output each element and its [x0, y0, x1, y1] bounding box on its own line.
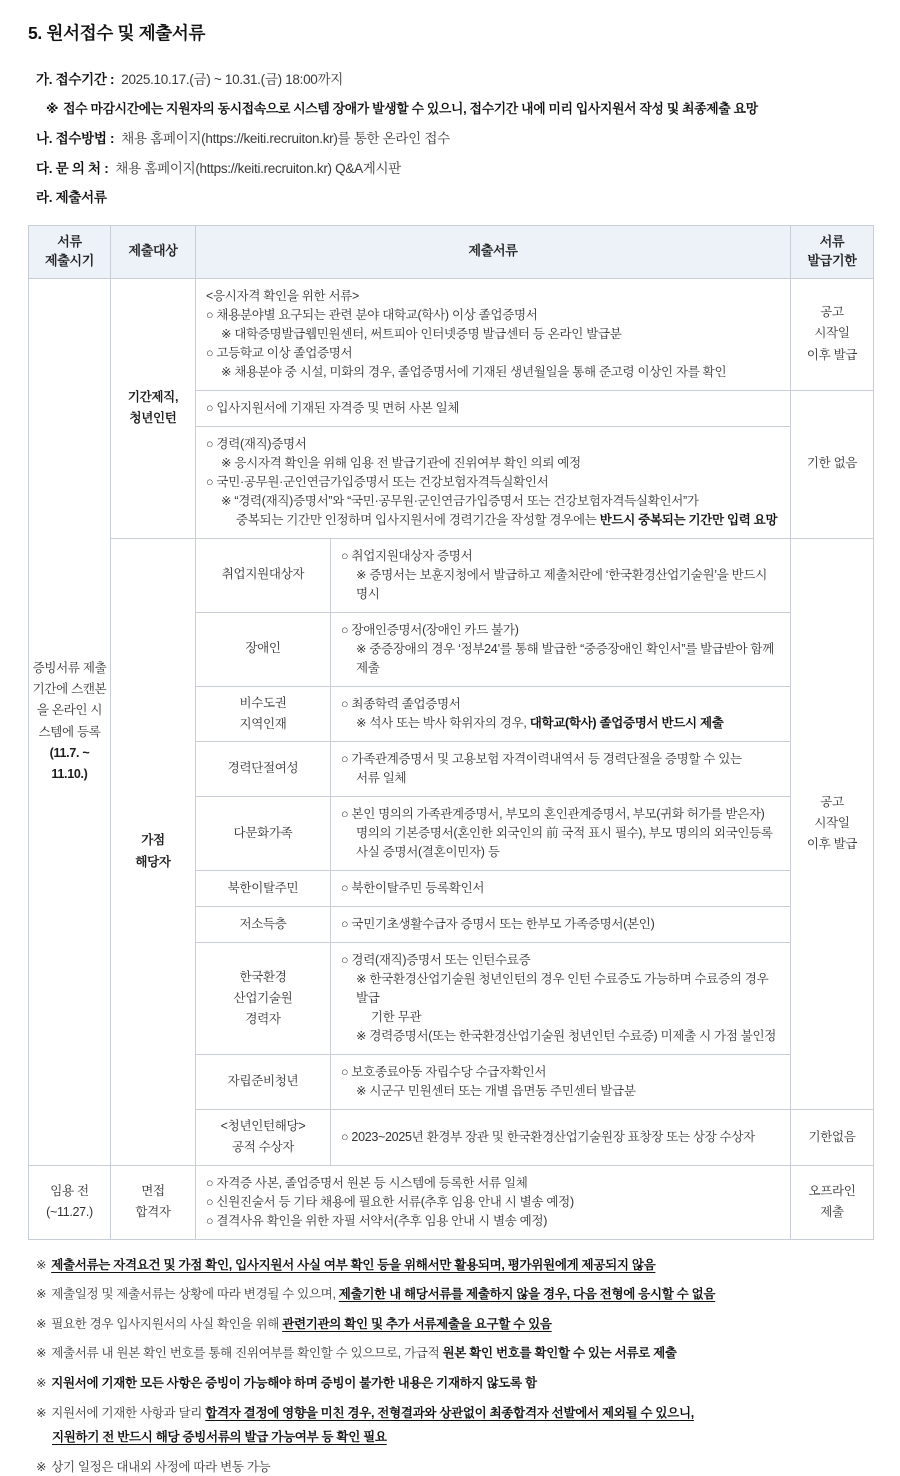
submit-period-text: 증빙서류 제출기간에 스캔본을 온라인 시스템에 등록 [33, 661, 107, 739]
cell-documents: ○ 경력(재직)증명서※ 응시자격 확인을 위해 임용 전 발급기관에 진위여부… [196, 426, 791, 538]
doc-line: ○ 입사지원서에 기재된 자격증 및 면허 사본 일체 [206, 399, 780, 418]
cell-subtarget: 한국환경 산업기술원 경력자 [196, 943, 331, 1055]
doc-line: ※ 응시자격 확인을 위해 임용 전 발급기관에 진위여부 확인 의뢰 예정 [206, 454, 780, 473]
doc-line: ※ 대학증명발급웹민원센터, 써트피아 인터넷증명 발급센터 등 온라인 발급분 [206, 325, 780, 344]
intro-text: 접수 마감시간에는 지원자의 동시접속으로 시스템 장애가 발생할 수 있으니,… [63, 101, 758, 116]
cell-documents: ○ 북한이탈주민 등록확인서 [331, 871, 791, 907]
cell-subtarget: 장애인 [196, 612, 331, 686]
footnote-text: 지원서에 기재한 사항과 달리 [51, 1406, 205, 1420]
cell-submit-period: 증빙서류 제출기간에 스캔본을 온라인 시스템에 등록 (11.7. ~ 11.… [29, 278, 111, 1165]
cell-documents: <응시자격 확인을 위한 서류>○ 채용분야별 요구되는 관련 분야 대학교(학… [196, 278, 791, 390]
note-marker: ※ [36, 1406, 46, 1420]
doc-line: ※ 석사 또는 박사 학위자의 경우, 대학교(학사) 졸업증명서 반드시 제출 [341, 714, 780, 733]
note-marker: ※ [36, 1460, 46, 1474]
intro-item-contact: 다. 문 의 처 :채용 홈페이지(https://keiti.recruito… [36, 160, 873, 178]
doc-line: ○ 경력(재직)증명서 또는 인턴수료증 [341, 951, 780, 970]
page-title: 5. 원서접수 및 제출서류 [28, 20, 873, 45]
note-marker: ※ [46, 101, 58, 116]
doc-line: ○ 국민기초생활수급자 증명서 또는 한부모 가족증명서(본인) [341, 915, 780, 934]
footnote-text: 제출서류 내 원본 확인 번호를 통해 진위여부를 확인할 수 있으므로, 가급… [51, 1346, 442, 1360]
cell-subtarget: 저소득층 [196, 907, 331, 943]
footnote-text: 관련기관의 확인 및 추가 서류제출을 요구할 수 있음 [282, 1317, 552, 1331]
intro-item-reception-period: 가. 접수기간 :2025.10.17.(금) ~ 10.31.(금) 18:0… [36, 71, 873, 89]
intro-label: 다. 문 의 처 : [36, 161, 108, 176]
intro-text: 2025.10.17.(금) ~ 10.31.(금) 18:00까지 [121, 72, 343, 87]
note-marker: ※ [36, 1317, 46, 1331]
submit-period-dates: (11.7. ~ 11.10.) [32, 743, 107, 786]
intro-note-deadline-warning: ※접수 마감시간에는 지원자의 동시접속으로 시스템 장애가 발생할 수 있으니… [46, 101, 873, 118]
cell-documents: ○ 장애인증명서(장애인 카드 불가)※ 중증장애의 경우 ‘정부24’를 통해… [331, 612, 791, 686]
cell-documents: ○ 본인 명의의 가족관계증명서, 부모의 혼인관계증명서, 부모(귀화 허가를… [331, 797, 791, 871]
cell-deadline: 기한 없음 [791, 390, 874, 538]
footnote: 지원하기 전 반드시 해당 증빙서류의 발급 가능여부 등 확인 필요 [36, 1428, 873, 1446]
intro-item-documents: 라. 제출서류 [36, 189, 873, 207]
footnote-text: 상기 일정은 대내외 사정에 따라 변동 가능 [51, 1460, 270, 1474]
cell-documents: ○ 최종학력 졸업증명서※ 석사 또는 박사 학위자의 경우, 대학교(학사) … [331, 686, 791, 742]
note-marker: ※ [36, 1376, 46, 1390]
cell-target-interview: 면접 합격자 [111, 1165, 196, 1239]
cell-subtarget: 자립준비청년 [196, 1055, 331, 1110]
footnote: ※제출서류는 자격요건 및 가점 확인, 입사지원서 사실 여부 확인 등을 위… [36, 1256, 873, 1274]
cell-deadline: 공고 시작일 이후 발급 [791, 278, 874, 390]
doc-line: 명의의 기본증명서(혼인한 외국인의 前 국적 표시 필수), 부모 명의의 외… [341, 824, 780, 843]
footnote: ※필요한 경우 입사지원서의 사실 확인을 위해 관련기관의 확인 및 추가 서… [36, 1315, 873, 1333]
doc-line: ※ 채용분야 중 시설, 미화의 경우, 졸업증명서에 기재된 생년월일을 통해… [206, 363, 780, 382]
table-row: 임용 전 (~11.27.) 면접 합격자 ○ 자격증 사본, 졸업증명서 원본… [29, 1165, 874, 1239]
header-issue-deadline: 서류 발급기한 [791, 225, 874, 278]
intro-label: 가. 접수기간 : [36, 72, 114, 87]
doc-line: ※ 시군구 민원센터 또는 개별 읍면동 주민센터 발급분 [341, 1082, 780, 1101]
doc-line: ○ 신원진술서 등 기타 채용에 필요한 서류(추후 임용 안내 시 별송 예정… [206, 1193, 780, 1212]
submission-documents-table: 서류 제출시기 제출대상 제출서류 서류 발급기한 증빙서류 제출기간에 스캔본… [28, 225, 874, 1240]
footnote: ※제출서류 내 원본 확인 번호를 통해 진위여부를 확인할 수 있으므로, 가… [36, 1344, 873, 1362]
intro-section: 가. 접수기간 :2025.10.17.(금) ~ 10.31.(금) 18:0… [28, 71, 873, 207]
intro-label: 나. 접수방법 : [36, 131, 114, 146]
footnote-text: 지원하기 전 반드시 해당 증빙서류의 발급 가능여부 등 확인 필요 [52, 1430, 387, 1444]
doc-line: ○ 본인 명의의 가족관계증명서, 부모의 혼인관계증명서, 부모(귀화 허가를… [341, 805, 780, 824]
cell-documents: ○ 입사지원서에 기재된 자격증 및 면허 사본 일체 [196, 390, 791, 426]
doc-line: ○ 경력(재직)증명서 [206, 435, 780, 454]
footnote: ※상기 일정은 대내외 사정에 따라 변동 가능 [36, 1458, 873, 1476]
table-row: 가점 해당자 취업지원대상자 ○ 취업지원대상자 증명서※ 증명서는 보훈지청에… [29, 538, 874, 612]
footnote: ※지원서에 기재한 모든 사항은 증빙이 가능해야 하며 증빙이 불가한 내용은… [36, 1374, 873, 1392]
note-marker: ※ [36, 1258, 46, 1272]
cell-documents: ○ 가족관계증명서 및 고용보험 자격이력내역서 등 경력단절을 증명할 수 있… [331, 742, 791, 797]
doc-line: ○ 가족관계증명서 및 고용보험 자격이력내역서 등 경력단절을 증명할 수 있… [341, 750, 780, 769]
table-row: 증빙서류 제출기간에 스캔본을 온라인 시스템에 등록 (11.7. ~ 11.… [29, 278, 874, 390]
intro-label: 라. 제출서류 [36, 190, 107, 205]
doc-line: 중복되는 기간만 인정하며 입사지원서에 경력기간을 작성할 경우에는 반드시 … [206, 511, 780, 530]
footnote-text: 합격자 결정에 영향을 미친 경우, 전형결과와 상관없이 최종합격자 선발에서… [205, 1406, 694, 1420]
cell-subtarget: <청년인턴해당> 공적 수상자 [196, 1110, 331, 1166]
header-documents: 제출서류 [196, 225, 791, 278]
cell-subtarget: 북한이탈주민 [196, 871, 331, 907]
doc-line: ○ 2023~2025년 환경부 장관 및 한국환경산업기술원장 표창장 또는 … [341, 1128, 780, 1147]
cell-subtarget: 다문화가족 [196, 797, 331, 871]
doc-line: 서류 일체 [341, 769, 780, 788]
cell-deadline: 오프라인 제출 [791, 1165, 874, 1239]
note-marker: ※ [36, 1287, 46, 1301]
cell-target-bonus: 가점 해당자 [111, 538, 196, 1165]
footnote-text: 제출일정 및 제출서류는 상황에 따라 변경될 수 있으며, [51, 1287, 339, 1301]
table-header-row: 서류 제출시기 제출대상 제출서류 서류 발급기한 [29, 225, 874, 278]
cell-submit-period-final: 임용 전 (~11.27.) [29, 1165, 111, 1239]
cell-documents: ○ 국민기초생활수급자 증명서 또는 한부모 가족증명서(본인) [331, 907, 791, 943]
cell-subtarget: 비수도권 지역인재 [196, 686, 331, 742]
doc-line: ○ 국민·공무원·군인연금가입증명서 또는 건강보험자격득실확인서 [206, 473, 780, 492]
footnote: ※제출일정 및 제출서류는 상황에 따라 변경될 수 있으며, 제출기한 내 해… [36, 1285, 873, 1303]
header-submit-time: 서류 제출시기 [29, 225, 111, 278]
footnotes-section: ※제출서류는 자격요건 및 가점 확인, 입사지원서 사실 여부 확인 등을 위… [36, 1256, 873, 1476]
doc-line: ○ 채용분야별 요구되는 관련 분야 대학교(학사) 이상 졸업증명서 [206, 306, 780, 325]
cell-subtarget: 취업지원대상자 [196, 538, 331, 612]
note-marker: ※ [36, 1346, 46, 1360]
doc-line: ※ 증명서는 보훈지청에서 발급하고 제출처란에 ‘한국환경산업기술원’을 반드… [341, 566, 780, 604]
header-target: 제출대상 [111, 225, 196, 278]
doc-line: ※ 중증장애의 경우 ‘정부24’를 통해 발급한 “중증장애인 확인서”를 발… [341, 640, 780, 678]
doc-line: <응시자격 확인을 위한 서류> [206, 287, 780, 306]
cell-documents: ○ 2023~2025년 환경부 장관 및 한국환경산업기술원장 표창장 또는 … [331, 1110, 791, 1166]
doc-line: ○ 북한이탈주민 등록확인서 [341, 879, 780, 898]
doc-line: ○ 장애인증명서(장애인 카드 불가) [341, 621, 780, 640]
cell-documents: ○ 경력(재직)증명서 또는 인턴수료증※ 한국환경산업기술원 청년인턴의 경우… [331, 943, 791, 1055]
doc-line: ※ “경력(재직)증명서”와 “국민·공무원·군인연금가입증명서 또는 건강보험… [206, 492, 780, 511]
intro-text: 채용 홈페이지(https://keiti.recruiton.kr) Q&A게… [115, 161, 401, 176]
cell-target-fixed-term: 기간제직, 청년인턴 [111, 278, 196, 538]
doc-line: ○ 자격증 사본, 졸업증명서 원본 등 시스템에 등록한 서류 일체 [206, 1174, 780, 1193]
cell-documents: ○ 취업지원대상자 증명서※ 증명서는 보훈지청에서 발급하고 제출처란에 ‘한… [331, 538, 791, 612]
cell-subtarget: 경력단절여성 [196, 742, 331, 797]
doc-line: ○ 최종학력 졸업증명서 [341, 695, 780, 714]
footnote-text: 지원서에 기재한 모든 사항은 증빙이 가능해야 하며 증빙이 불가한 내용은 … [51, 1376, 537, 1390]
footnote-text: 필요한 경우 입사지원서의 사실 확인을 위해 [51, 1317, 282, 1331]
footnote-text: 제출기한 내 해당서류를 제출하지 않을 경우, 다음 전형에 응시할 수 없음 [339, 1287, 715, 1301]
document-page: 5. 원서접수 및 제출서류 가. 접수기간 :2025.10.17.(금) ~… [0, 0, 900, 1476]
cell-documents: ○ 자격증 사본, 졸업증명서 원본 등 시스템에 등록한 서류 일체○ 신원진… [196, 1165, 791, 1239]
doc-line: 사실 증명서(결혼이민자) 등 [341, 843, 780, 862]
cell-documents: ○ 보호종료아동 자립수당 수급자확인서※ 시군구 민원센터 또는 개별 읍면동… [331, 1055, 791, 1110]
footnote-text: 원본 확인 번호를 확인할 수 있는 서류로 제출 [443, 1346, 677, 1360]
doc-line: ○ 결격사유 확인을 위한 자필 서약서(추후 임용 안내 시 별송 예정) [206, 1212, 780, 1231]
intro-text: 채용 홈페이지(https://keiti.recruiton.kr)를 통한 … [121, 131, 450, 146]
doc-line: ○ 고등학교 이상 졸업증명서 [206, 344, 780, 363]
doc-line: ○ 보호종료아동 자립수당 수급자확인서 [341, 1063, 780, 1082]
footnote: ※지원서에 기재한 사항과 달리 합격자 결정에 영향을 미친 경우, 전형결과… [36, 1404, 873, 1422]
doc-line: ○ 취업지원대상자 증명서 [341, 547, 780, 566]
cell-deadline: 공고 시작일 이후 발급 [791, 538, 874, 1110]
doc-line: ※ 경력증명서(또는 한국환경산업기술원 청년인턴 수료증) 미제출 시 가점 … [341, 1027, 780, 1046]
doc-line: 기한 무관 [341, 1008, 780, 1027]
footnote-text: 제출서류는 자격요건 및 가점 확인, 입사지원서 사실 여부 확인 등을 위해… [51, 1258, 655, 1272]
intro-item-reception-method: 나. 접수방법 :채용 홈페이지(https://keiti.recruiton… [36, 130, 873, 148]
doc-line: ※ 한국환경산업기술원 청년인턴의 경우 인턴 수료증도 가능하며 수료증의 경… [341, 970, 780, 1008]
cell-deadline: 기한없음 [791, 1110, 874, 1166]
